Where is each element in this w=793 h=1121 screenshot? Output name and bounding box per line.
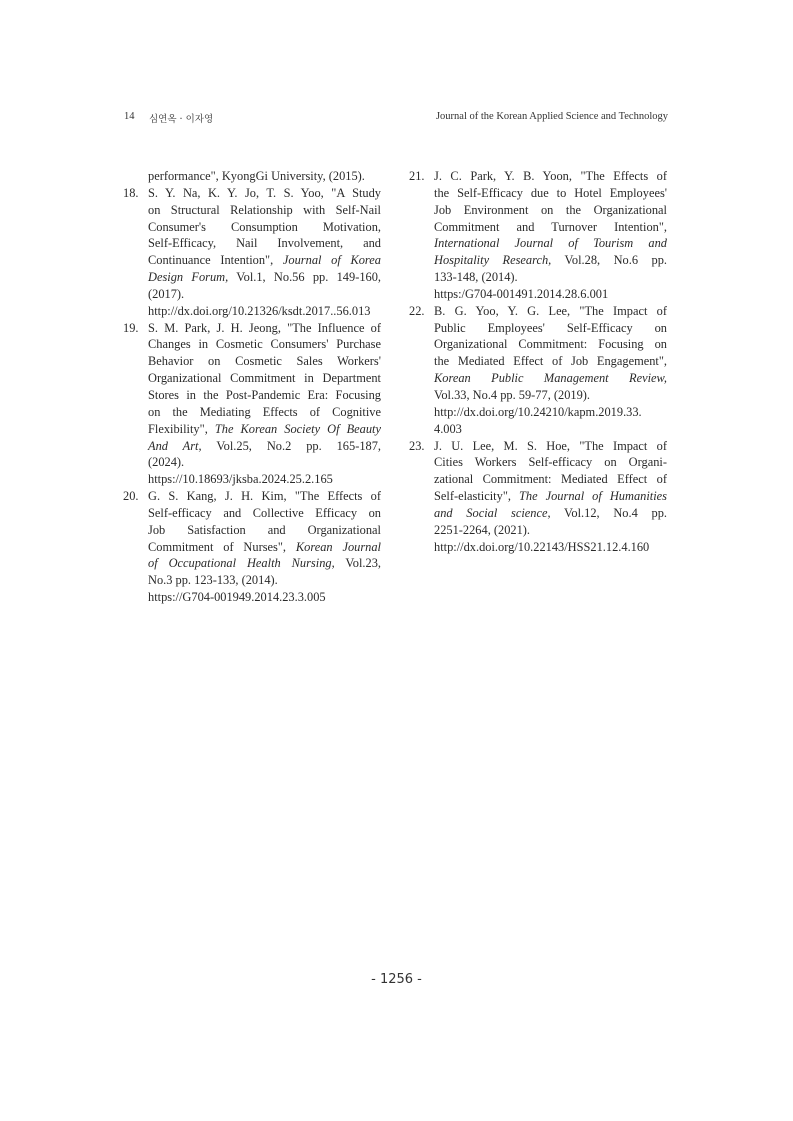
- reference-19: 19. S. M. Park, J. H. Jeong, "The Influe…: [123, 320, 381, 488]
- header-page-number: 14: [124, 111, 135, 122]
- journal-name: Korean Journal: [296, 540, 381, 554]
- journal-name: Korean Public Management Review,: [434, 371, 667, 385]
- reference-20: 20. G. S. Kang, J. H. Kim, "The Effects …: [123, 488, 381, 606]
- reference-22: 22. B. G. Yoo, Y. G. Lee, "The Impact of…: [409, 303, 667, 438]
- reference-number: 20.: [123, 488, 139, 505]
- journal-name: And Art,: [148, 439, 202, 453]
- doi-link[interactable]: http://dx.doi.org/10.24210/kapm.2019.33.: [434, 404, 667, 421]
- reference-number: 22.: [409, 303, 425, 320]
- journal-name: Design Forum,: [148, 270, 228, 284]
- reference-21: 21. J. C. Park, Y. B. Yoon, "The Effects…: [409, 168, 667, 303]
- doi-link[interactable]: http://dx.doi.org/10.22143/HSS21.12.4.16…: [434, 539, 667, 556]
- header-authors: 심연옥 · 이자영: [149, 111, 213, 125]
- journal-name: Hospitality Research,: [434, 253, 551, 267]
- reference-18: 18. S. Y. Na, K. Y. Jo, T. S. Yoo, "A St…: [123, 185, 381, 320]
- reference-23: 23. J. U. Lee, M. S. Hoe, "The Impact of…: [409, 438, 667, 556]
- reference-number: 19.: [123, 320, 139, 337]
- reference-number: 18.: [123, 185, 139, 202]
- doi-link[interactable]: https://G704-001949.2014.23.3.005: [148, 589, 381, 606]
- journal-name: The Journal of Humanities: [519, 489, 667, 503]
- left-column: performance", KyongGi University, (2015)…: [123, 168, 381, 606]
- doi-link[interactable]: https://10.18693/jksba.2024.25.2.165: [148, 471, 381, 488]
- running-header: 14 심연옥 · 이자영 Journal of the Korean Appli…: [124, 111, 668, 127]
- doi-link[interactable]: https:/G704-001491.2014.28.6.001: [434, 286, 667, 303]
- journal-name: Journal of Korea: [283, 253, 381, 267]
- journal-name: The Korean Society Of Beauty: [215, 422, 381, 436]
- page-footer-number: - 1256 -: [0, 972, 793, 987]
- journal-name: and Social science,: [434, 506, 551, 520]
- doi-link[interactable]: http://dx.doi.org/10.21326/ksdt.2017..56…: [148, 303, 381, 320]
- reference-number: 21.: [409, 168, 425, 185]
- reference-number: 23.: [409, 438, 425, 455]
- reference-continuation: performance", KyongGi University, (2015)…: [123, 168, 381, 185]
- doi-link-continuation[interactable]: 4.003: [434, 421, 667, 438]
- journal-name: of Occupational Health Nursing,: [148, 556, 335, 570]
- right-column: 21. J. C. Park, Y. B. Yoon, "The Effects…: [409, 168, 667, 555]
- journal-name: International Journal of Tourism and: [434, 236, 667, 250]
- header-journal-title: Journal of the Korean Applied Science an…: [436, 111, 668, 122]
